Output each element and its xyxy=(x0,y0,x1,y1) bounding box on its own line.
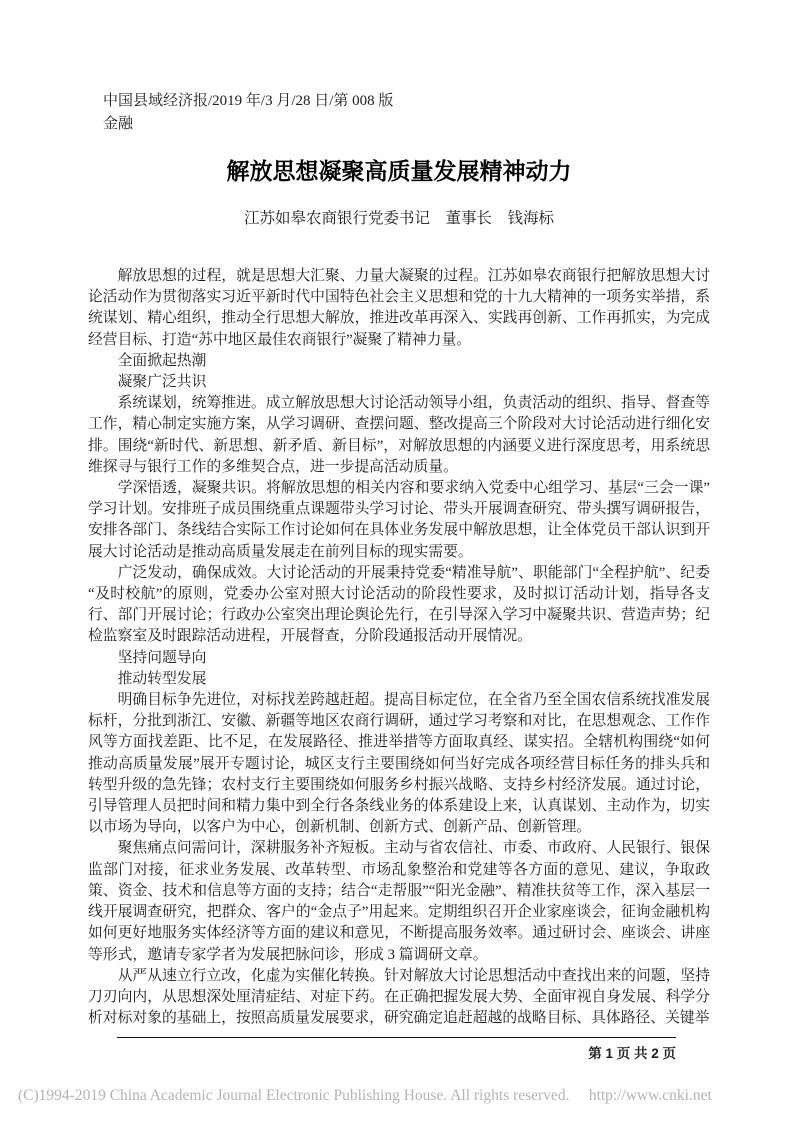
article-paragraph: 解放思想的过程，就是思想大汇聚、力量大凝聚的过程。江苏如皋农商银行把解放思想大讨… xyxy=(88,266,710,351)
article-body: 解放思想的过程，就是思想大汇聚、力量大凝聚的过程。江苏如皋农商银行把解放思想大讨… xyxy=(88,266,710,1029)
section-subhead: 坚持问题导向 xyxy=(88,648,710,669)
section-subhead: 推动转型发展 xyxy=(88,669,710,690)
article-paragraph: 从严从速立行立改，化虚为实催化转换。针对解放大讨论思想活动中查找出来的问题，坚持… xyxy=(88,966,710,1030)
footer-divider xyxy=(117,1037,676,1038)
article-paragraph: 广泛发动，确保成效。大讨论活动的开展秉持党委“精准导航”、职能部门“全程护航”、… xyxy=(88,563,710,648)
document-page: 中国县域经济报/2019 年/3 月/28 日/第 008 版 金融 解放思想凝… xyxy=(0,0,793,1122)
article-paragraph: 明确目标争先进位，对标找差跨越赶超。提高目标定位，在全省乃至全国农信系统找准发展… xyxy=(88,690,710,838)
article-paragraph: 学深悟透，凝聚共识。将解放思想的相关内容和要求纳入党委中心组学习、基层“三会一课… xyxy=(88,478,710,563)
page-indicator: 第 1 页 共 2 页 xyxy=(117,1042,676,1062)
article-paragraph: 系统谋划，统筹推进。成立解放思想大讨论活动领导小组，负责活动的组织、指导、督查等… xyxy=(88,393,710,478)
section-label: 金融 xyxy=(103,113,393,136)
section-subhead: 凝聚广泛共识 xyxy=(88,372,710,393)
source-line: 中国县域经济报/2019 年/3 月/28 日/第 008 版 xyxy=(103,90,393,113)
article-paragraph: 聚焦痛点问需问计，深耕服务补齐短板。主动与省农信社、市委、市政府、人民银行、银保… xyxy=(88,838,710,965)
section-subhead: 全面掀起热潮 xyxy=(88,351,710,372)
article-byline: 江苏如皋农商银行党委书记 董事长 钱海标 xyxy=(88,206,710,228)
document-header: 中国县域经济报/2019 年/3 月/28 日/第 008 版 金融 xyxy=(103,90,393,136)
copyright-watermark: (C)1994-2019 China Academic Journal Elec… xyxy=(18,1083,712,1105)
article-title: 解放思想凝聚高质量发展精神动力 xyxy=(88,153,710,186)
